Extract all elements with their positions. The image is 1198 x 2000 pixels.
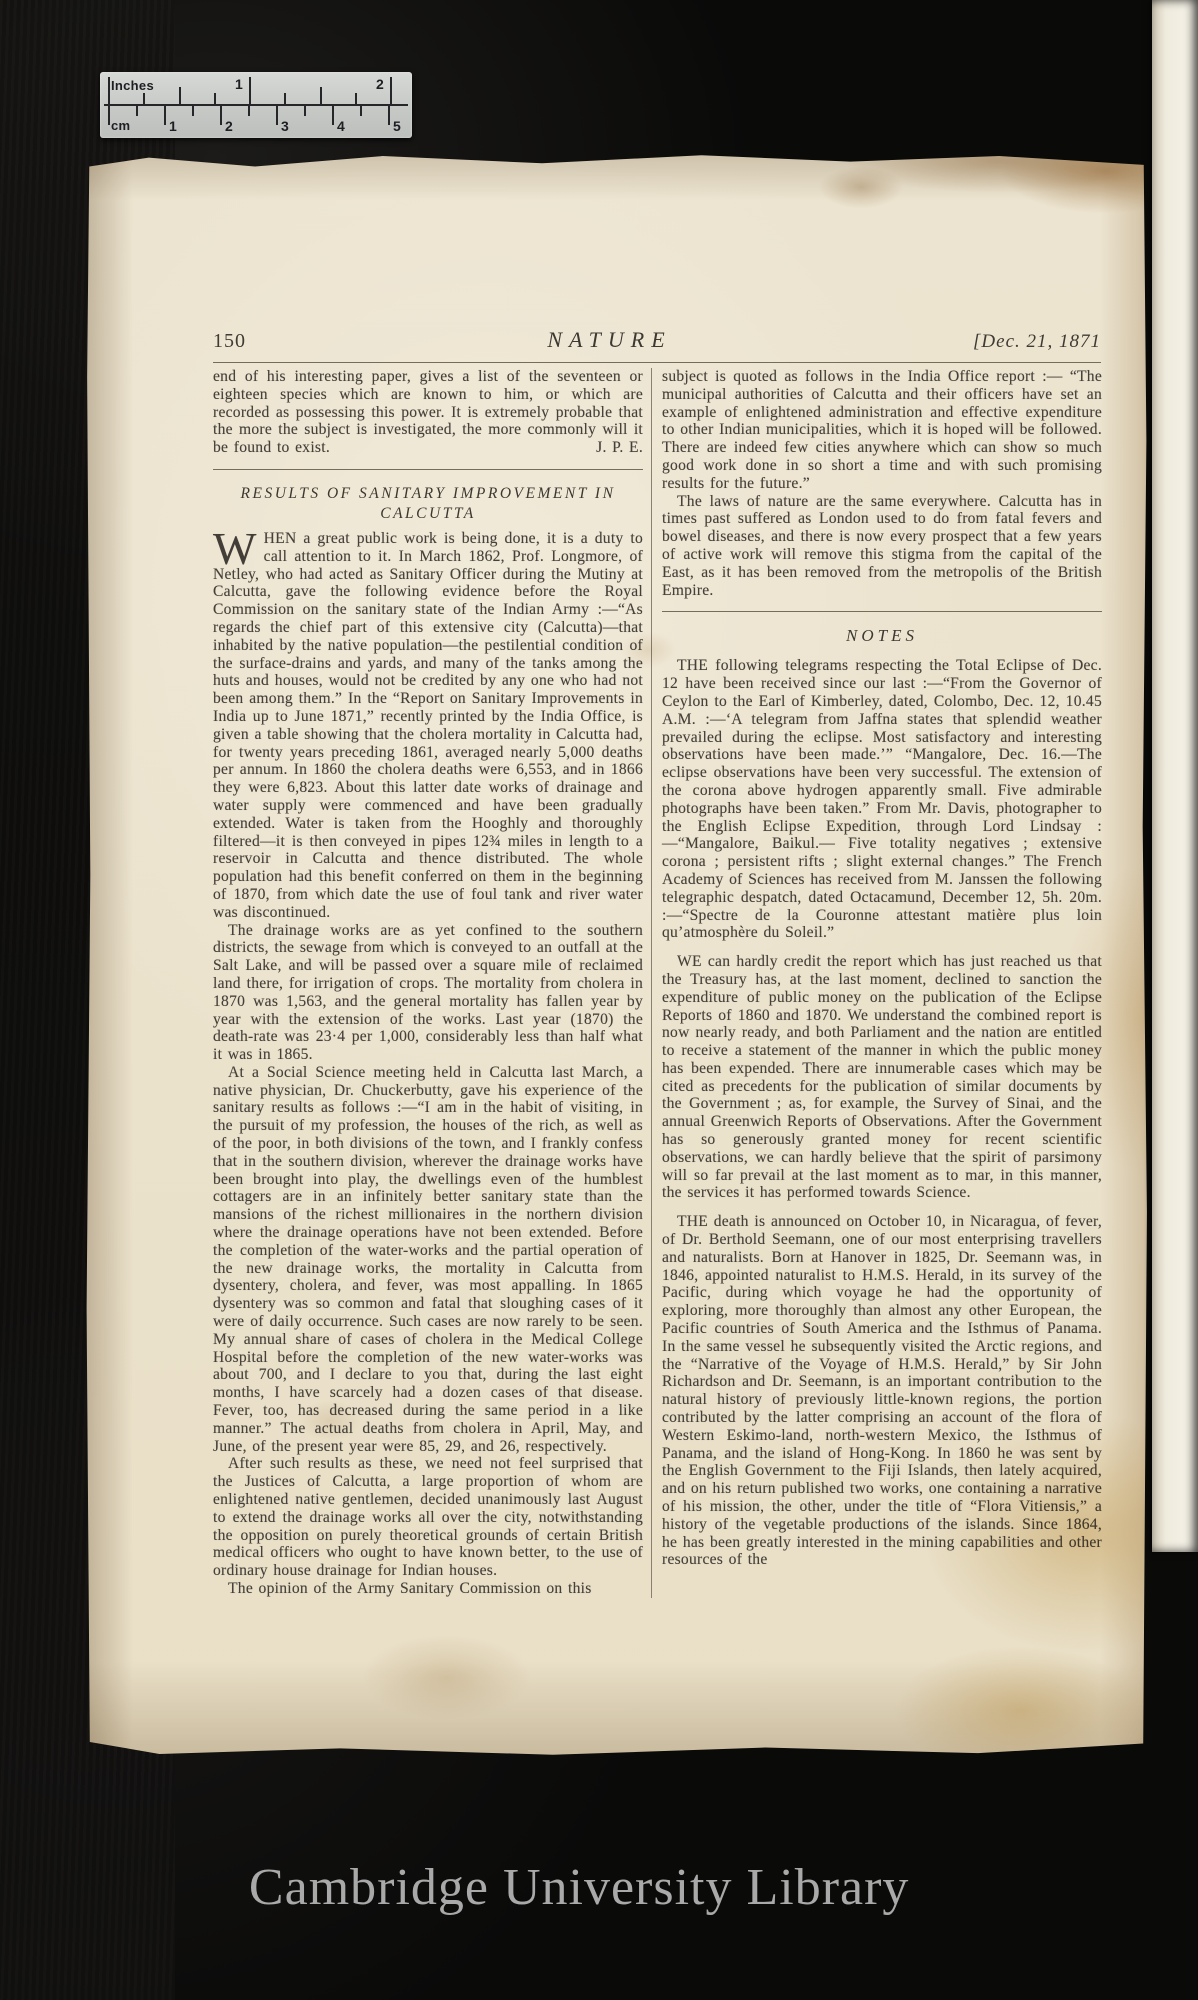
ruler-cm-label: cm xyxy=(111,118,130,133)
scanned-page: 150 NATURE [Dec. 21, 1871 end of his int… xyxy=(85,152,1148,1758)
right-column: subject is quoted as follows in the Indi… xyxy=(651,368,1102,1598)
author-initials: J. P. E. xyxy=(596,439,643,457)
ruler-midline xyxy=(104,104,408,106)
ruler-tick xyxy=(192,106,194,116)
note-item: WE can hardly credit the report which ha… xyxy=(662,953,1102,1202)
issue-date: [Dec. 21, 1871 xyxy=(886,331,1101,353)
ruler-cm-number-5: 5 xyxy=(393,118,401,134)
ruler-tick xyxy=(214,93,216,104)
ruler-cm-number-3: 3 xyxy=(281,118,289,134)
ruler-tick xyxy=(332,106,334,125)
ruler-tick xyxy=(360,106,362,116)
header-rule xyxy=(213,362,1101,363)
article-title-line1: RESULTS OF SANITARY IMPROVEMENT IN xyxy=(213,484,643,504)
left-column: end of his interesting paper, gives a li… xyxy=(213,368,643,1598)
ruler-tick xyxy=(108,77,110,104)
library-watermark: Cambridge University Library xyxy=(249,1858,910,1917)
page-header: 150 NATURE [Dec. 21, 1871 xyxy=(213,327,1101,353)
continuation-paragraph: end of his interesting paper, gives a li… xyxy=(213,368,643,457)
ruler-cm-number-2: 2 xyxy=(225,118,233,134)
ruler-cm-number-4: 4 xyxy=(337,118,345,134)
ruler-tick xyxy=(248,106,250,116)
article-paragraph: At a Social Science meeting held in Calc… xyxy=(213,1064,643,1456)
ruler-tick xyxy=(220,106,222,125)
adjacent-page-edge xyxy=(1152,0,1198,1552)
journal-title: NATURE xyxy=(333,327,886,353)
ruler-tick xyxy=(320,87,322,104)
continuation-text: end of his interesting paper, gives a li… xyxy=(213,368,643,456)
article-paragraph: The drainage works are as yet confined t… xyxy=(213,922,643,1064)
ruler-tick xyxy=(108,106,110,125)
ruler-inch-number-2: 2 xyxy=(376,76,384,92)
ruler-tick xyxy=(179,87,181,104)
notes-rule xyxy=(662,611,1102,612)
ruler-tick xyxy=(388,106,390,125)
ruler-tick xyxy=(136,106,138,116)
ruler-inches-label: Inches xyxy=(111,78,154,93)
ruler-tick xyxy=(304,106,306,116)
ruler-cm-number-1: 1 xyxy=(169,118,177,134)
ruler-tick xyxy=(249,77,251,104)
article-paragraph: subject is quoted as follows in the Indi… xyxy=(662,368,1102,493)
ruler-tick xyxy=(143,93,145,104)
ruler-tick xyxy=(276,106,278,125)
note-item: THE following telegrams respecting the T… xyxy=(662,657,1102,942)
ruler-tick xyxy=(164,106,166,125)
ruler-inch-number-1: 1 xyxy=(235,76,243,92)
article-paragraph: After such results as these, we need not… xyxy=(213,1455,643,1580)
article-title: RESULTS OF SANITARY IMPROVEMENT IN CALCU… xyxy=(213,484,643,524)
page-number: 150 xyxy=(213,330,333,353)
photo-ruler: Inches cm 1 2 1 2 3 4 5 xyxy=(100,72,412,138)
ruler-tick xyxy=(355,93,357,104)
article-rule xyxy=(213,469,643,470)
article-paragraph: The laws of nature are the same everywhe… xyxy=(662,493,1102,600)
notes-heading: NOTES xyxy=(662,626,1102,646)
ruler-tick xyxy=(390,77,392,104)
article-title-line2: CALCUTTA xyxy=(213,504,643,524)
ruler-tick xyxy=(284,93,286,104)
article-paragraph: WHEN a great public work is being done, … xyxy=(213,530,643,922)
article-paragraph: The opinion of the Army Sanitary Commiss… xyxy=(213,1580,643,1598)
note-item: THE death is announced on October 10, in… xyxy=(662,1213,1102,1569)
text-columns: end of his interesting paper, gives a li… xyxy=(213,368,1101,1598)
